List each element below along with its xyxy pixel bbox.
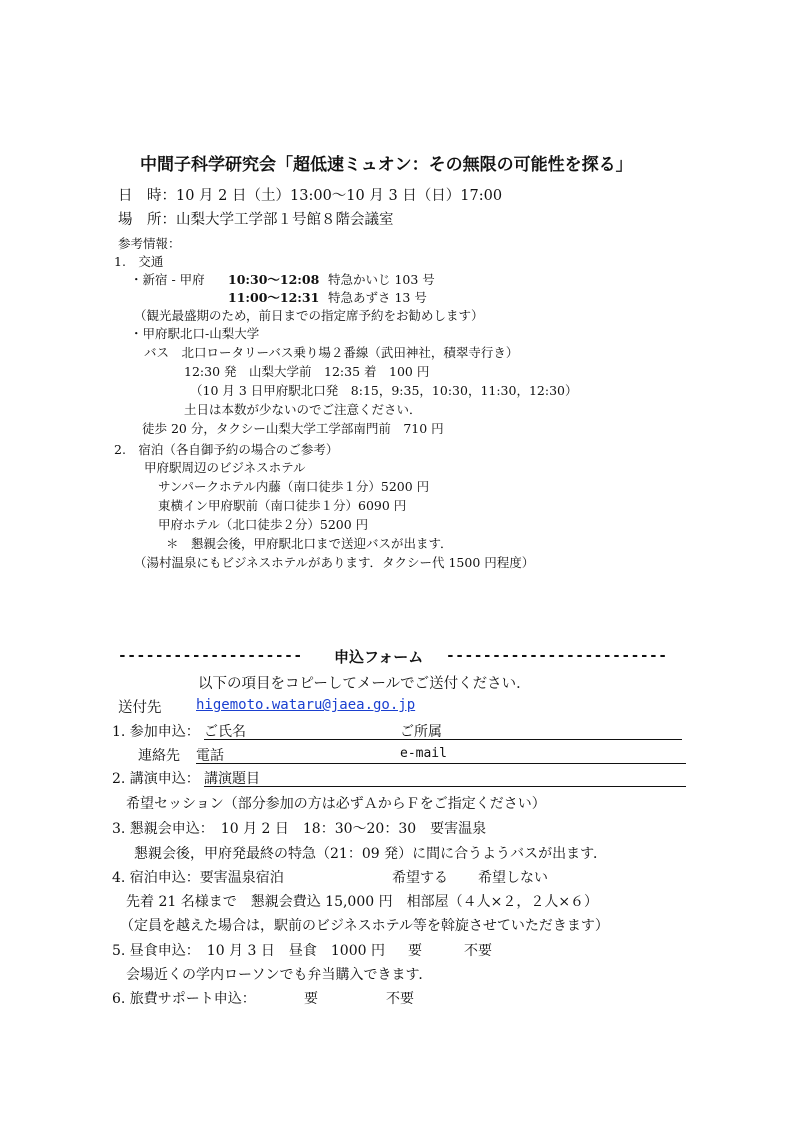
- form-title: 申込フォーム: [334, 646, 423, 667]
- event-datetime: 日 時：10 月 2 日（土）13:00〜10 月 3 日（日）17:00: [118, 184, 502, 205]
- send-to-label: 送付先: [118, 696, 162, 717]
- item1-contact-underline: [196, 763, 686, 764]
- bus-oct3-times: （10 月 3 日甲府駅北口発 8:15，9:35，10:30，11:30，12…: [190, 381, 578, 399]
- item4-option-yes[interactable]: 希望する: [392, 867, 448, 887]
- item1-contact-label: 連絡先: [138, 745, 180, 765]
- separator-left: --------------------: [118, 648, 303, 664]
- bus-line: バス 北口ロータリーバス乗り場２番線（武田神社，積翠寺行き）: [144, 343, 518, 361]
- hotel-item: サンパークホテル内藤（南口徒歩１分）5200 円: [158, 477, 429, 495]
- reference-heading: 参考情報：: [118, 234, 181, 252]
- walk-taxi-info: 徒歩 20 分，タクシー山梨大学工学部南門前 710 円: [142, 419, 444, 437]
- route-kofu-univ: ・甲府駅北口-山梨大学: [130, 324, 259, 342]
- send-to-email-link[interactable]: higemoto.wataru@jaea.go.jp: [196, 697, 415, 713]
- item4-note1: 先着 21 名様まで 懇親会費込 15,000 円 相部屋（４人×２，２人×６）: [126, 891, 598, 911]
- lodging-subheading: 甲府駅周辺のビジネスホテル: [144, 458, 306, 476]
- separator-right: ------------------------: [446, 648, 668, 664]
- item4-option-no[interactable]: 希望しない: [478, 867, 548, 887]
- item2-label: 2. 講演申込：: [112, 768, 200, 788]
- item5-option-no[interactable]: 不要: [464, 940, 492, 960]
- item1-name-underline: [204, 739, 682, 740]
- hotel-item: 東横イン甲府駅前（南口徒歩１分）6090 円: [158, 496, 406, 514]
- item1-affiliation-field[interactable]: ご所属: [400, 721, 442, 741]
- item4-label: 4. 宿泊申込：要害温泉宿泊: [112, 867, 284, 887]
- item1-label: 1. 参加申込：: [112, 721, 200, 741]
- item5-option-yes[interactable]: 要: [408, 940, 422, 960]
- item6-option-yes[interactable]: 要: [304, 988, 318, 1008]
- item5-label: 5. 昼食申込： 10 月 3 日 昼食 1000 円: [112, 940, 385, 960]
- route-shinjuku-kofu: ・新宿 - 甲府: [130, 270, 205, 288]
- item6-option-no[interactable]: 不要: [386, 988, 414, 1008]
- item6-label: 6. 旅費サポート申込：: [112, 988, 256, 1008]
- item5-note: 会場近くの学内ローソンでも弁当購入できます．: [126, 964, 432, 984]
- item1-phone-field[interactable]: 電話: [196, 745, 224, 765]
- bus-time: 12:30 発 山梨大学前 12:35 着 100 円: [184, 362, 429, 380]
- item1-name-field[interactable]: ご氏名: [204, 721, 246, 741]
- train2-name: 特急あずさ 13 号: [328, 288, 427, 306]
- item2-session: 希望セッション（部分参加の方は必ずＡからＦをご指定ください）: [126, 793, 546, 813]
- shuttle-note: ＊ 懇親会後，甲府駅北口まで送迎バスが出ます．: [166, 534, 453, 552]
- reserve-note: （観光最盛期のため，前日までの指定席予約をお勧めします）: [134, 306, 484, 324]
- lodging-heading: 2. 宿泊（各自御予約の場合のご参考）: [114, 440, 338, 458]
- item2-title-field[interactable]: 講演題目: [204, 768, 260, 788]
- page-title: 中間子科学研究会「超低速ミュオン：その無限の可能性を探る」: [140, 150, 633, 175]
- yumura-note: （湯村温泉にもビジネスホテルがあります．タクシー代 1500 円程度）: [134, 553, 534, 571]
- item3-note: 懇親会後，甲府発最終の特急（21：09 発）に間に合うようバスが出ます．: [134, 843, 607, 863]
- event-venue: 場 所：山梨大学工学部１号館８階会議室: [118, 208, 394, 229]
- train2-time: 11:00〜12:31: [228, 288, 319, 306]
- item1-email-field[interactable]: e-mail: [400, 746, 447, 761]
- transport-heading: 1. 交通: [114, 252, 163, 270]
- hotel-item: 甲府ホテル（北口徒歩２分）5200 円: [158, 515, 368, 533]
- train1-name: 特急かいじ 103 号: [328, 270, 435, 288]
- item4-note2: （定員を越えた場合は，駅前のビジネスホテル等を斡旋させていただきます）: [120, 915, 609, 935]
- bus-weekend-note: 土日は本数が少ないのでご注意ください．: [184, 400, 422, 418]
- train1-time: 10:30〜12:08: [228, 270, 319, 288]
- item2-title-underline: [204, 786, 686, 787]
- form-instruction: 以下の項目をコピーしてメールでご送付ください．: [198, 672, 531, 693]
- item3-line: 3. 懇親会申込： 10 月 2 日 18：30〜20：30 要害温泉: [112, 818, 486, 838]
